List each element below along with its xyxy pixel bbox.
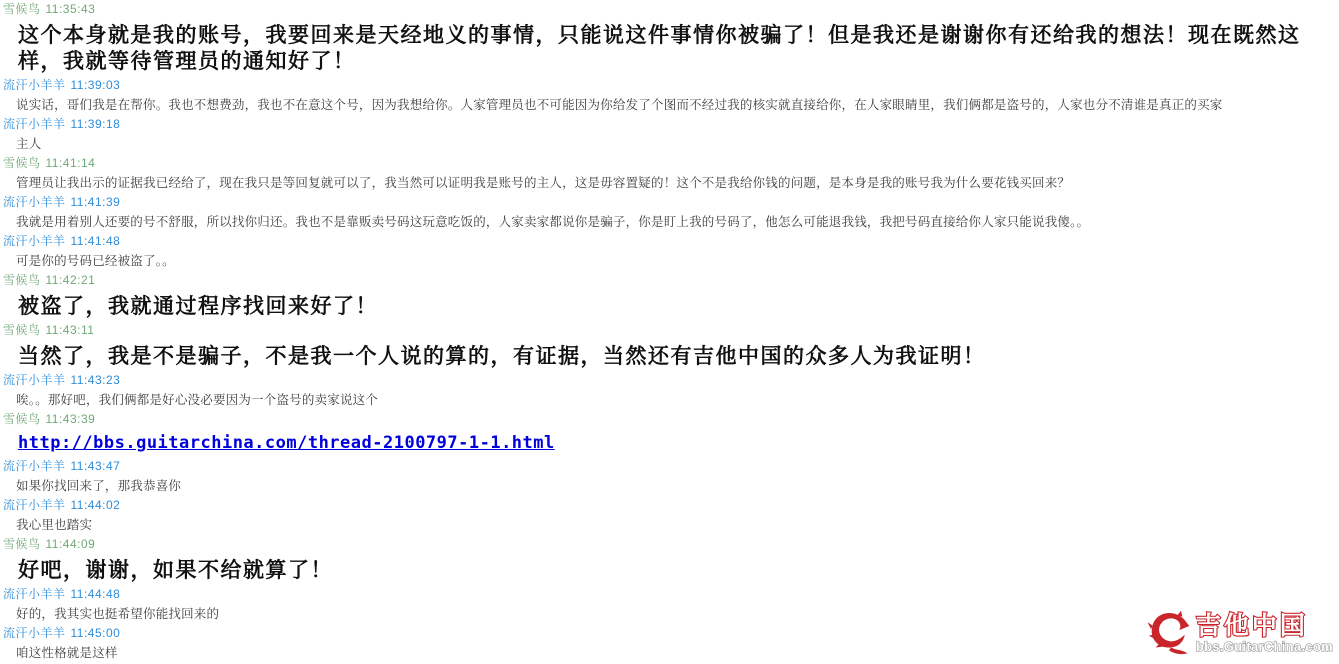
message-timestamp: 11:41:39 (71, 195, 121, 209)
message-timestamp: 11:42:21 (46, 273, 96, 287)
message-text: 管理员让我出示的证据我已经给了，现在我只是等回复就可以了，我当然可以证明我是账号… (3, 176, 1339, 191)
message-header: 流汗小羊羊11:43:47 (3, 459, 1339, 473)
chat-message: 流汗小羊羊11:39:18 主人 (3, 117, 1339, 152)
message-text: 咱这性格就是这样 (3, 646, 1339, 661)
message-timestamp: 11:44:02 (71, 498, 121, 512)
message-author: 雪候鸟 (3, 537, 41, 551)
message-text: 这个本身就是我的账号，我要回来是天经地义的事情，只能说这件事情你被骗了！但是我还… (3, 22, 1339, 74)
message-text: 当然了，我是不是骗子，不是我一个人说的算的，有证据，当然还有吉他中国的众多人为我… (3, 343, 1339, 369)
watermark-title: 吉他中国 (1196, 613, 1308, 639)
message-header: 流汗小羊羊11:45:00 (3, 626, 1339, 640)
chat-message: 流汗小羊羊11:41:48 可是你的号码已经被盗了。。 (3, 234, 1339, 269)
thread-link[interactable]: http://bbs.guitarchina.com/thread-210079… (18, 433, 555, 453)
message-text: 主人 (3, 137, 1339, 152)
message-text: 被盗了，我就通过程序找回来好了！ (3, 293, 1339, 319)
site-watermark: 吉他中国 bbs.GuitarChina.com (1147, 607, 1333, 660)
message-header: 流汗小羊羊11:39:18 (3, 117, 1339, 131)
chat-message: 雪候鸟11:43:39 http://bbs.guitarchina.com/t… (3, 412, 1339, 455)
message-author: 雪候鸟 (3, 412, 41, 426)
message-text: 我心里也踏实 (3, 518, 1339, 533)
message-text: 唉。。那好吧，我们俩都是好心没必要因为一个盗号的卖家说这个 (3, 393, 1339, 408)
message-header: 流汗小羊羊11:41:39 (3, 195, 1339, 209)
message-author: 雪候鸟 (3, 273, 41, 287)
message-author: 流汗小羊羊 (3, 117, 66, 131)
message-author: 流汗小羊羊 (3, 587, 66, 601)
message-author: 雪候鸟 (3, 156, 41, 170)
chat-message: 雪候鸟11:41:14 管理员让我出示的证据我已经给了，现在我只是等回复就可以了… (3, 156, 1339, 191)
message-text: 可是你的号码已经被盗了。。 (3, 254, 1339, 269)
message-header: 雪候鸟11:43:39 (3, 412, 1339, 426)
message-timestamp: 11:43:23 (71, 373, 121, 387)
watermark-url: bbs.GuitarChina.com (1196, 639, 1333, 654)
chat-message: 流汗小羊羊11:44:02 我心里也踏实 (3, 498, 1339, 533)
message-header: 雪候鸟11:42:21 (3, 273, 1339, 287)
chat-message: 流汗小羊羊11:44:48 好的，我其实也挺希望你能找回来的 (3, 587, 1339, 622)
message-text: http://bbs.guitarchina.com/thread-210079… (3, 432, 1339, 455)
chat-log: 雪候鸟11:35:43 这个本身就是我的账号，我要回来是天经地义的事情，只能说这… (0, 0, 1339, 661)
message-header: 雪候鸟11:35:43 (3, 2, 1339, 16)
message-timestamp: 11:44:09 (46, 537, 96, 551)
chat-message: 雪候鸟11:42:21 被盗了，我就通过程序找回来好了！ (3, 273, 1339, 319)
message-header: 流汗小羊羊11:44:02 (3, 498, 1339, 512)
message-timestamp: 11:45:00 (71, 626, 121, 640)
message-timestamp: 11:43:39 (46, 412, 96, 426)
chat-message: 流汗小羊羊11:43:23 唉。。那好吧，我们俩都是好心没必要因为一个盗号的卖家… (3, 373, 1339, 408)
message-timestamp: 11:39:03 (71, 78, 121, 92)
chat-message: 流汗小羊羊11:41:39 我就是用着别人还要的号不舒服，所以找你归还。我也不是… (3, 195, 1339, 230)
message-author: 流汗小羊羊 (3, 459, 66, 473)
message-text: 好的，我其实也挺希望你能找回来的 (3, 607, 1339, 622)
chat-message: 雪候鸟11:43:11 当然了，我是不是骗子，不是我一个人说的算的，有证据，当然… (3, 323, 1339, 369)
message-author: 流汗小羊羊 (3, 373, 66, 387)
message-header: 流汗小羊羊11:41:48 (3, 234, 1339, 248)
message-text: 好吧，谢谢，如果不给就算了！ (3, 557, 1339, 583)
message-text: 说实话，哥们我是在帮你。我也不想费劲，我也不在意这个号，因为我想给你。人家管理员… (3, 98, 1339, 113)
message-header: 流汗小羊羊11:43:23 (3, 373, 1339, 387)
message-header: 雪候鸟11:44:09 (3, 537, 1339, 551)
message-timestamp: 11:39:18 (71, 117, 121, 131)
chat-message: 雪候鸟11:35:43 这个本身就是我的账号，我要回来是天经地义的事情，只能说这… (3, 2, 1339, 74)
chat-message: 流汗小羊羊11:45:00 咱这性格就是这样 (3, 626, 1339, 661)
message-author: 雪候鸟 (3, 323, 41, 337)
message-header: 流汗小羊羊11:44:48 (3, 587, 1339, 601)
message-timestamp: 11:44:48 (71, 587, 121, 601)
message-timestamp: 11:43:11 (46, 323, 95, 337)
message-header: 雪候鸟11:41:14 (3, 156, 1339, 170)
chat-message: 雪候鸟11:44:09 好吧，谢谢，如果不给就算了！ (3, 537, 1339, 583)
message-author: 流汗小羊羊 (3, 195, 66, 209)
message-header: 雪候鸟11:43:11 (3, 323, 1339, 337)
message-author: 流汗小羊羊 (3, 234, 66, 248)
message-timestamp: 11:43:47 (71, 459, 121, 473)
dragon-logo-icon (1147, 607, 1193, 660)
message-timestamp: 11:35:43 (46, 2, 96, 16)
chat-message: 流汗小羊羊11:39:03 说实话，哥们我是在帮你。我也不想费劲，我也不在意这个… (3, 78, 1339, 113)
message-author: 流汗小羊羊 (3, 78, 66, 92)
message-timestamp: 11:41:48 (71, 234, 121, 248)
message-header: 流汗小羊羊11:39:03 (3, 78, 1339, 92)
message-author: 流汗小羊羊 (3, 498, 66, 512)
message-text: 我就是用着别人还要的号不舒服，所以找你归还。我也不是靠贩卖号码这玩意吃饭的，人家… (3, 215, 1339, 230)
message-author: 雪候鸟 (3, 2, 41, 16)
message-text: 如果你找回来了，那我恭喜你 (3, 479, 1339, 494)
message-timestamp: 11:41:14 (46, 156, 96, 170)
message-author: 流汗小羊羊 (3, 626, 66, 640)
chat-message: 流汗小羊羊11:43:47 如果你找回来了，那我恭喜你 (3, 459, 1339, 494)
